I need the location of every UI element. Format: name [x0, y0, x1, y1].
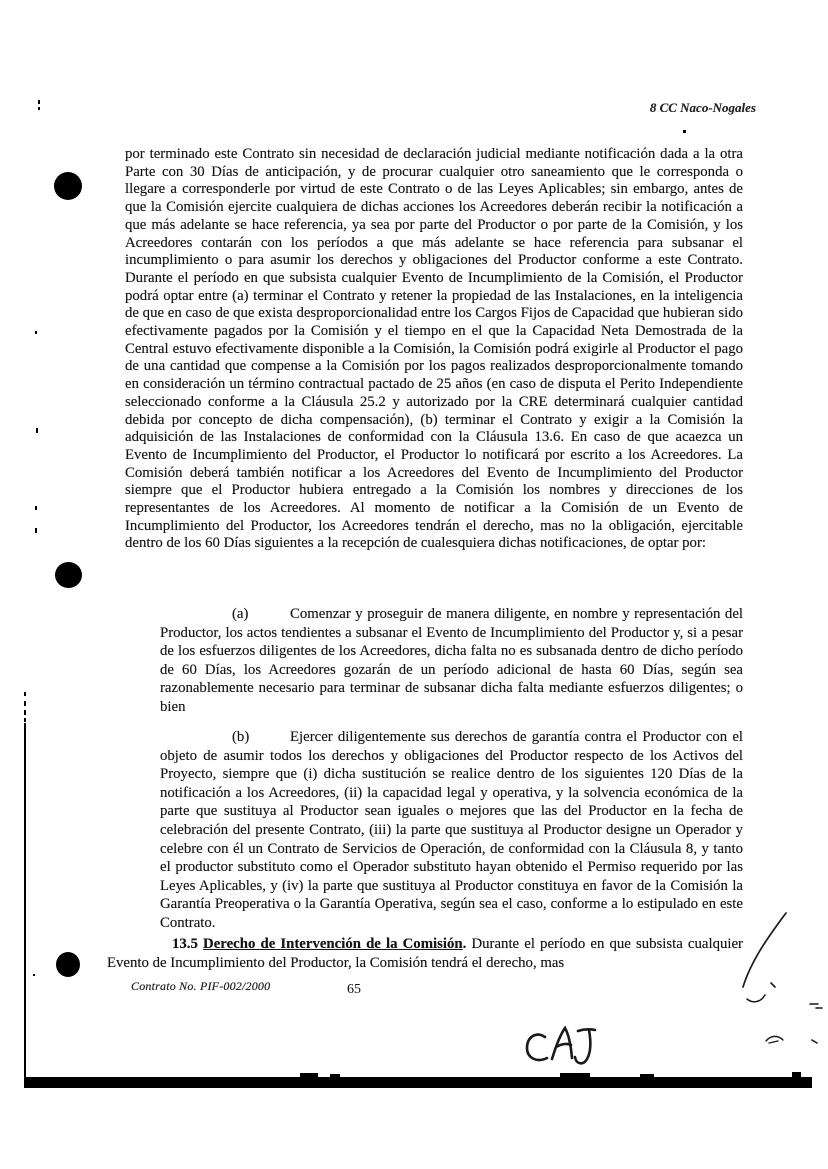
scan-artifact-left-line	[24, 723, 26, 1078]
handwritten-letter-a	[552, 1028, 572, 1059]
section-period: .	[463, 936, 467, 952]
paragraph-main: por terminado este Contrato sin necesida…	[125, 146, 743, 553]
scan-speck	[38, 107, 40, 110]
handwritten-letter-c	[527, 1035, 547, 1060]
scan-speck	[33, 974, 35, 976]
scan-dash	[24, 701, 26, 706]
list-item-a: (a)Comenzar y proseguir de manera dilige…	[160, 605, 743, 717]
scan-bar-rough-edge	[792, 1072, 801, 1077]
scanned-contract-page: 8 CC Naco-Nogales por terminado este Con…	[0, 0, 828, 1169]
section-number: 13.5	[172, 936, 198, 952]
item-b-label: (b)	[232, 728, 290, 747]
page-header-right: 8 CC Naco-Nogales	[650, 100, 756, 116]
scan-dash	[24, 710, 26, 715]
punch-hole-middle	[55, 562, 82, 588]
scan-dash	[24, 692, 26, 696]
pen-squiggle-mark	[766, 1036, 783, 1043]
item-a-label: (a)	[232, 605, 290, 624]
item-b-text: Ejercer diligentemente sus derechos de g…	[160, 729, 743, 931]
scan-bar-rough-edge	[330, 1074, 340, 1077]
punch-hole-top	[54, 172, 82, 200]
scan-speck	[36, 428, 38, 433]
handwritten-letter-j	[575, 1029, 595, 1063]
scan-speck	[35, 528, 37, 533]
scan-artifact-bottom-bar	[24, 1077, 812, 1088]
scan-bar-rough-edge	[300, 1073, 318, 1077]
scan-speck	[35, 331, 37, 334]
list-item-b: (b)Ejercer diligentemente sus derechos d…	[160, 728, 743, 933]
page-number: 65	[347, 982, 361, 998]
scan-bar-rough-edge	[560, 1073, 590, 1077]
handwritten-caj	[527, 1028, 595, 1063]
punch-hole-bottom	[56, 952, 80, 977]
pen-tick-mark	[771, 983, 775, 987]
pen-hook-mark	[747, 995, 765, 1002]
scan-bar-rough-edge	[640, 1074, 654, 1077]
scan-dash	[24, 718, 26, 722]
section-title: Derecho de Intervención de la Comisión	[203, 936, 463, 952]
scan-speck	[35, 506, 37, 510]
scan-speck	[683, 130, 686, 133]
section-13-5: 13.5 Derecho de Intervención de la Comis…	[107, 935, 743, 972]
pen-curve-mark	[743, 913, 786, 987]
footer-contract-number: Contrato No. PIF-002/2000	[131, 979, 270, 994]
edge-marks	[810, 1004, 822, 1043]
scan-speck	[38, 100, 40, 104]
